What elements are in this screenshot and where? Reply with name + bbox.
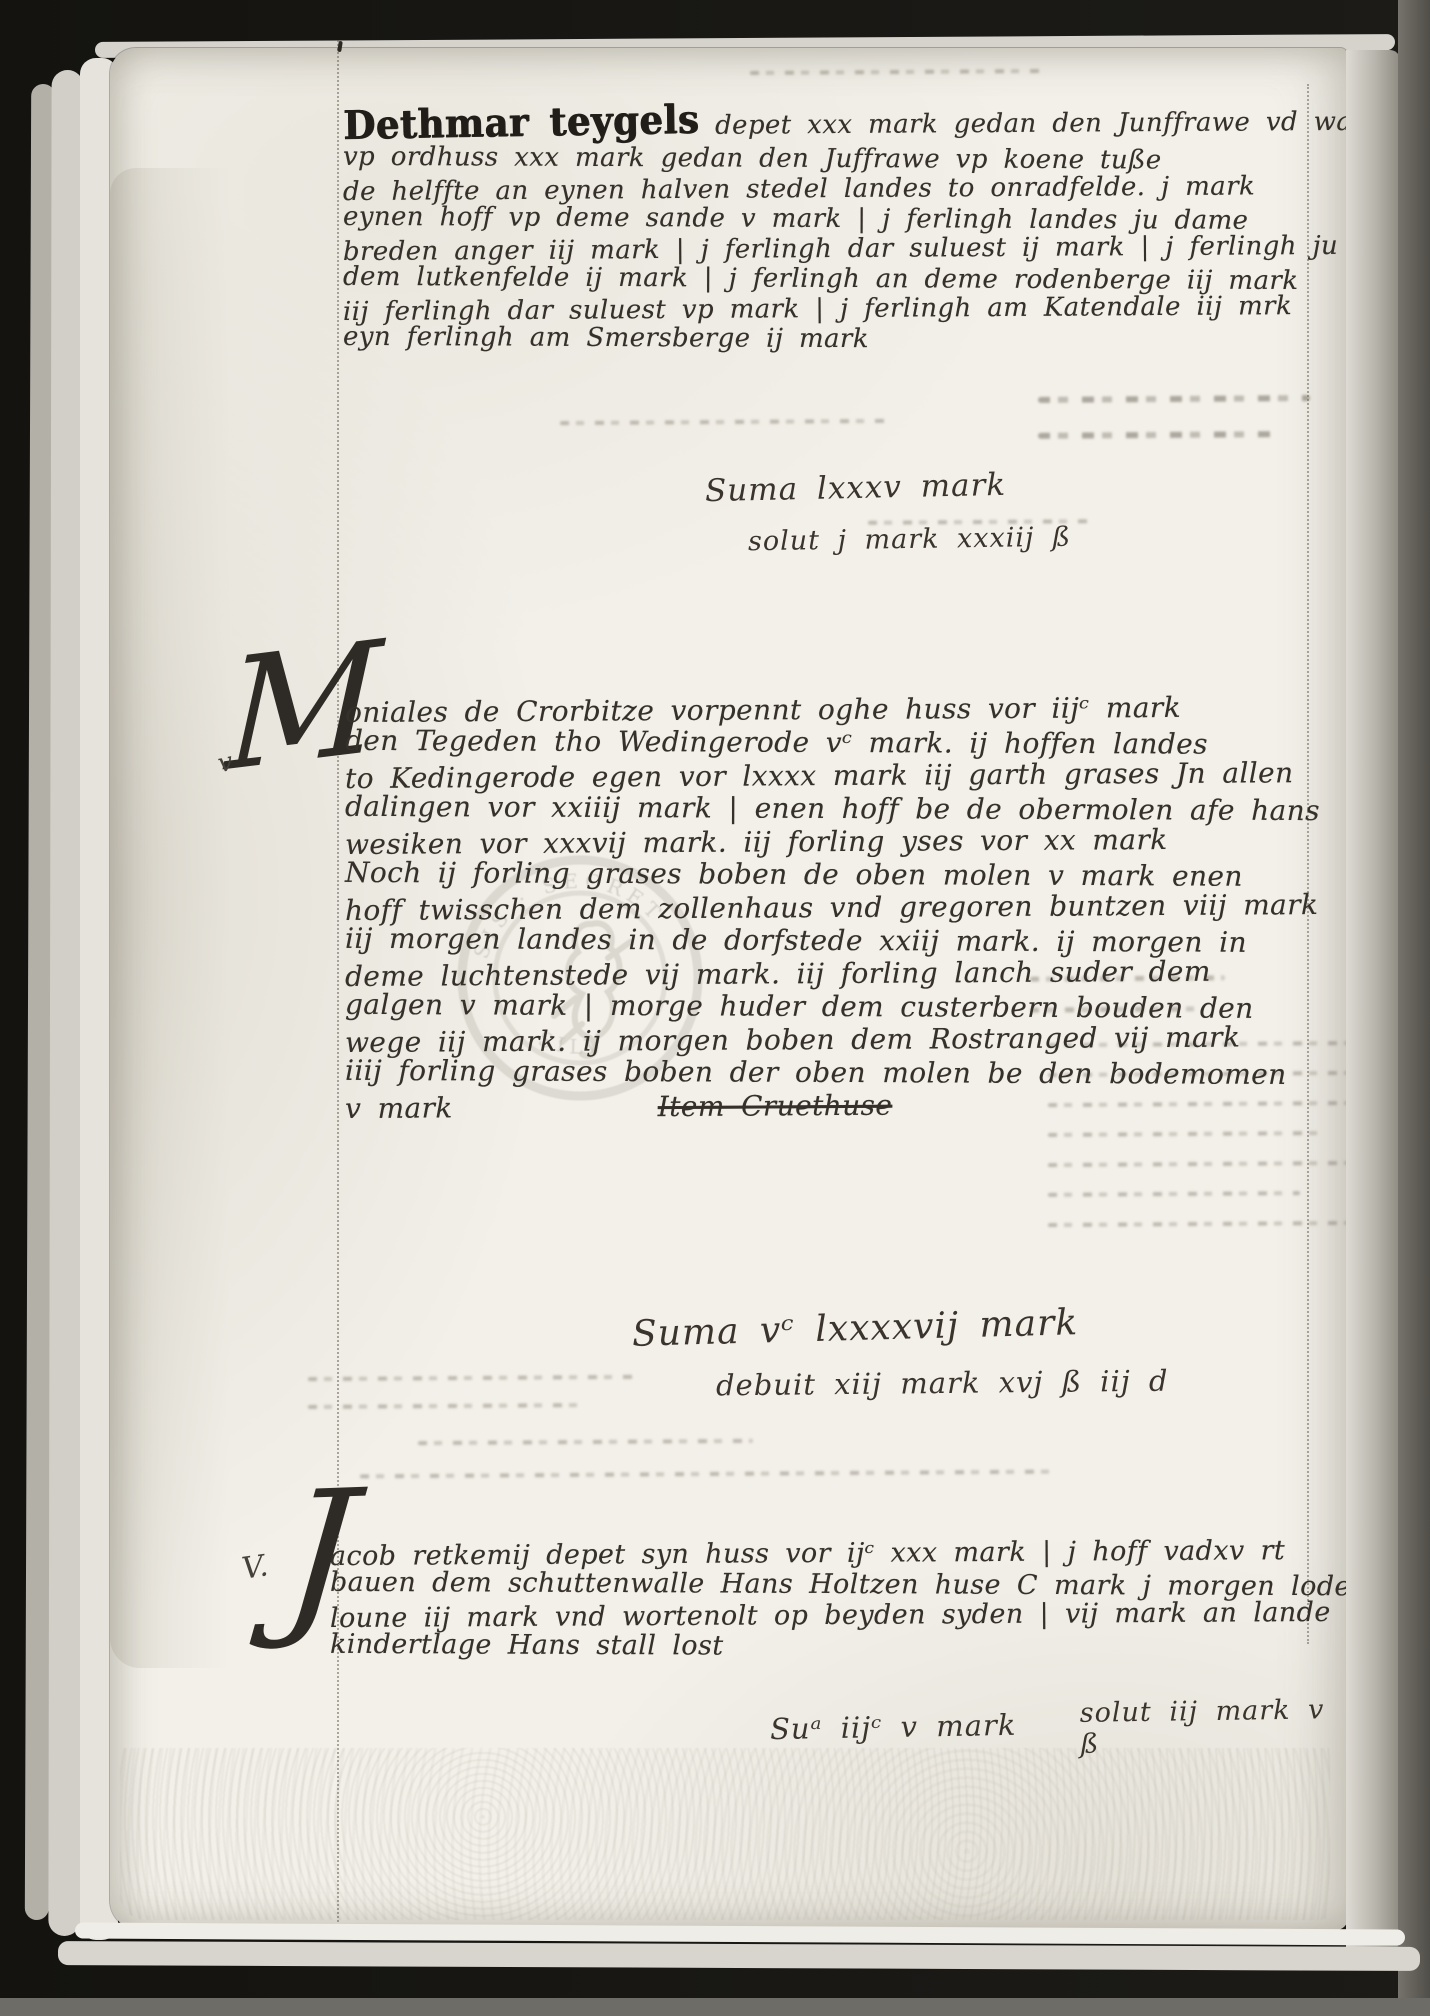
handwritten-line: to Kedingerode egen vor lxxxx mark iij g… bbox=[345, 756, 1335, 795]
page-edge bbox=[48, 70, 83, 1936]
handwritten-line: hoff twisschen dem zollenhaus vnd gregor… bbox=[345, 888, 1335, 927]
entry-heading-rest: depet xxx mark gedan den Junffrawe vd wa… bbox=[715, 107, 1399, 141]
binding-gutter-shadow bbox=[1398, 0, 1430, 2016]
handwritten-line: dalingen vor xxiiij mark | enen hoff be … bbox=[345, 790, 1335, 827]
ink-bleedthrough bbox=[560, 420, 890, 448]
handwritten-line: oniales de Crorbitze vorpennt oghe huss … bbox=[345, 690, 1335, 729]
paper-stain bbox=[110, 168, 230, 1668]
page-edge bbox=[58, 1941, 1420, 1971]
handwritten-line: v markItem Cruethuse bbox=[345, 1086, 1335, 1125]
payment-line: solut iij mark v ß bbox=[1080, 1694, 1349, 1760]
payment-line: debuit xiij mark xvj ß iij d bbox=[716, 1364, 1169, 1403]
handwritten-line: Dethmar teygelsdepet xxx mark gedan den … bbox=[343, 95, 1328, 147]
payment-line: solut j mark xxxiij ß bbox=[748, 522, 1071, 558]
ink-bleedthrough bbox=[360, 1472, 1050, 1500]
handwritten-line: eyn ferlingh am Smersberge ij mark bbox=[343, 322, 1328, 356]
ledger-entry: Dethmar teygelsdepet xxx mark gedan den … bbox=[343, 98, 1328, 354]
margin-checkmark: V. bbox=[240, 1548, 271, 1586]
line-amount: v mark bbox=[345, 1091, 453, 1125]
handwritten-line: galgen v mark | morge huder dem custerbe… bbox=[345, 988, 1335, 1025]
next-page-edge bbox=[1346, 50, 1400, 1962]
summa-line: Suᵃ iijᶜ v mark bbox=[770, 1708, 1017, 1746]
handwritten-line: iij morgen landes in de dorfstede xxiij … bbox=[345, 922, 1335, 959]
handwritten-line: deme luchtenstede vij mark. iij forling … bbox=[345, 954, 1335, 993]
manuscript-scan: SIS · SECRET SILV Dethmar teyg bbox=[0, 0, 1430, 2016]
ink-bleedthrough bbox=[308, 1376, 633, 1432]
handwritten-line: iiij forling grases boben der oben molen… bbox=[345, 1054, 1335, 1091]
ledger-entry: oniales de Crorbitze vorpennt oghe huss … bbox=[345, 693, 1335, 1122]
handwritten-line: Noch ij forling grases boben de oben mol… bbox=[345, 856, 1335, 893]
summa-line: Suma vᶜ lxxxxvij mark bbox=[632, 1302, 1079, 1355]
ink-bleedthrough bbox=[418, 1440, 753, 1468]
scan-background-edge bbox=[0, 1998, 1430, 2016]
handwritten-line: den Tegeden tho Wedingerode vᶜ mark. ij … bbox=[345, 724, 1335, 761]
struck-note: Item Cruethuse bbox=[658, 1089, 893, 1123]
manuscript-page: SIS · SECRET SILV Dethmar teyg bbox=[110, 48, 1348, 1930]
ledger-entry: acob retkemij depet syn huss vor ijᶜ xxx… bbox=[330, 1538, 1330, 1662]
handwritten-line: wesiken vor xxxvij mark. iij forling yse… bbox=[345, 822, 1335, 861]
entry-heading: Dethmar teygels bbox=[343, 96, 700, 149]
ink-bleedthrough bbox=[750, 70, 1040, 98]
summa-line: Suma lxxxv mark bbox=[705, 467, 1007, 509]
handwritten-line: kindertlage Hans stall lost bbox=[330, 1629, 1330, 1664]
handwritten-line: wege iij mark. ij morgen boben dem Rostr… bbox=[345, 1020, 1335, 1059]
ink-bleedthrough bbox=[1038, 396, 1310, 468]
paper-mottling bbox=[120, 1748, 1330, 1920]
ink-blot bbox=[337, 41, 343, 52]
